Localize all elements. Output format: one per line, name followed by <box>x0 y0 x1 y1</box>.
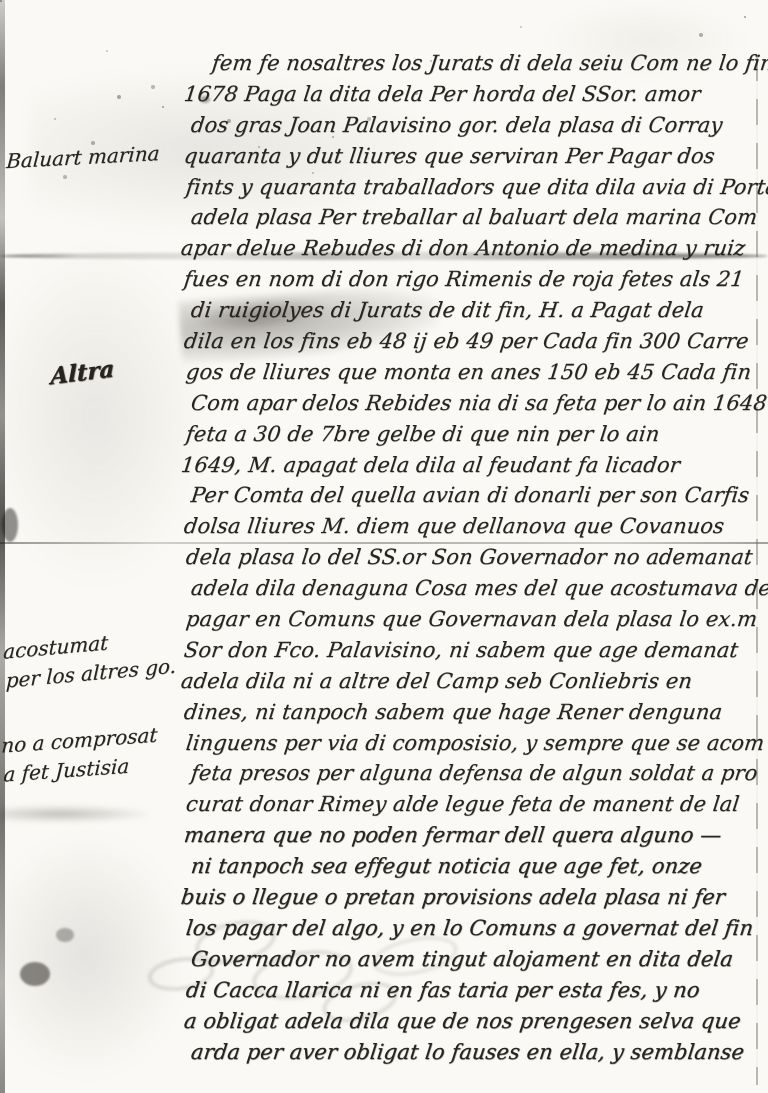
manuscript-line: adela dila ni a altre del Camp seb Conli… <box>179 666 756 697</box>
manuscript-line: fints y quaranta traballadors que dita d… <box>184 172 756 203</box>
manuscript-line: dines, ni tanpoch sabem que hage Rener d… <box>182 697 756 728</box>
manuscript-line: 1649, M. apagat dela dila al feudant fa … <box>179 450 756 481</box>
manuscript-line: ni tanpoch sea effegut noticia que age f… <box>189 851 756 882</box>
manuscript-line: adela plasa Per treballar al baluart del… <box>189 202 756 233</box>
ink-smudge <box>0 806 150 822</box>
manuscript-line: dolsa lliures M. diem que dellanova que … <box>182 511 756 542</box>
ink-blot <box>56 928 74 942</box>
manuscript-line: arda per aver obligat lo fauses en ella,… <box>189 1037 756 1068</box>
manuscript-line: Com apar delos Rebides nia di sa feta pe… <box>189 388 756 419</box>
manuscript-line: Governador no avem tingut alojament en d… <box>189 944 756 975</box>
manuscript-line: feta a 30 de 7bre gelbe di que nin per l… <box>184 419 756 450</box>
margin-note-text: Altra <box>50 354 114 391</box>
manuscript-line: dos gras Joan Palavisino gor. dela plasa… <box>189 110 756 141</box>
manuscript-line: pagar en Comuns que Governavan dela plas… <box>184 604 756 635</box>
margin-note-acostumat: acostumat per los altres go. <box>4 623 179 696</box>
margin-note-justicia: no a comprosat a fet Justisia <box>2 721 162 790</box>
manuscript-line: buis o llegue o pretan provisions adela … <box>179 882 756 913</box>
manuscript-line: Sor don Fco. Palavisino, ni sabem que ag… <box>182 635 756 666</box>
manuscript-line: curat donar Rimey alde legue feta de man… <box>184 789 756 820</box>
manuscript-line: dela plasa lo del SS.or Son Governador n… <box>184 542 756 573</box>
manuscript-line: dila en los fins eb 48 ij eb 49 per Cada… <box>182 326 756 357</box>
manuscript-line: gos de lliures que monta en anes 150 eb … <box>184 357 756 388</box>
manuscript-line: manera que no poden fermar dell quera al… <box>182 820 756 851</box>
paper-stain <box>0 830 190 1080</box>
margin-note-baluart-marina: Baluart marina <box>7 139 162 176</box>
manuscript-line: adela dila denaguna Cosa mes del que aco… <box>189 573 756 604</box>
manuscript-line: quaranta y dut lliures que serviran Per … <box>182 141 756 172</box>
manuscript-line: fues en nom di don rigo Rimenis de roja … <box>182 264 756 295</box>
manuscript-line: di ruigiolyes di Jurats de dit fin, H. a… <box>189 295 756 326</box>
manuscript-line: los pagar del algo, y en lo Comuns a gov… <box>184 913 756 944</box>
manuscript-line: di Cacca llarica ni en fas taria per est… <box>184 975 756 1006</box>
manuscript-text-column: fem fe nosaltres los Jurats di dela seiu… <box>186 48 756 1067</box>
manuscript-line: fem fe nosaltres los Jurats di dela seiu… <box>210 48 756 79</box>
paper-stain <box>0 240 210 590</box>
manuscript-line: apar delue Rebudes di don Antonio de med… <box>179 233 756 264</box>
left-scan-edge <box>0 0 5 1093</box>
manuscript-line: feta presos per alguna defensa de algun … <box>189 758 756 789</box>
manuscript-scan-page: Baluart marina Altra acostumat per los a… <box>0 0 768 1093</box>
manuscript-line: Per Comta del quella avian di donarli pe… <box>189 480 756 511</box>
manuscript-line: linguens per via di composisio, y sempre… <box>184 728 756 759</box>
ink-blot <box>20 962 50 986</box>
manuscript-line: 1678 Paga la dita dela Per horda del SSo… <box>182 79 756 110</box>
margin-note-text: Baluart marina <box>5 139 160 176</box>
manuscript-line: a obligat adela dila que de nos prengese… <box>182 1006 756 1037</box>
margin-note-altra: Altra <box>50 354 117 391</box>
